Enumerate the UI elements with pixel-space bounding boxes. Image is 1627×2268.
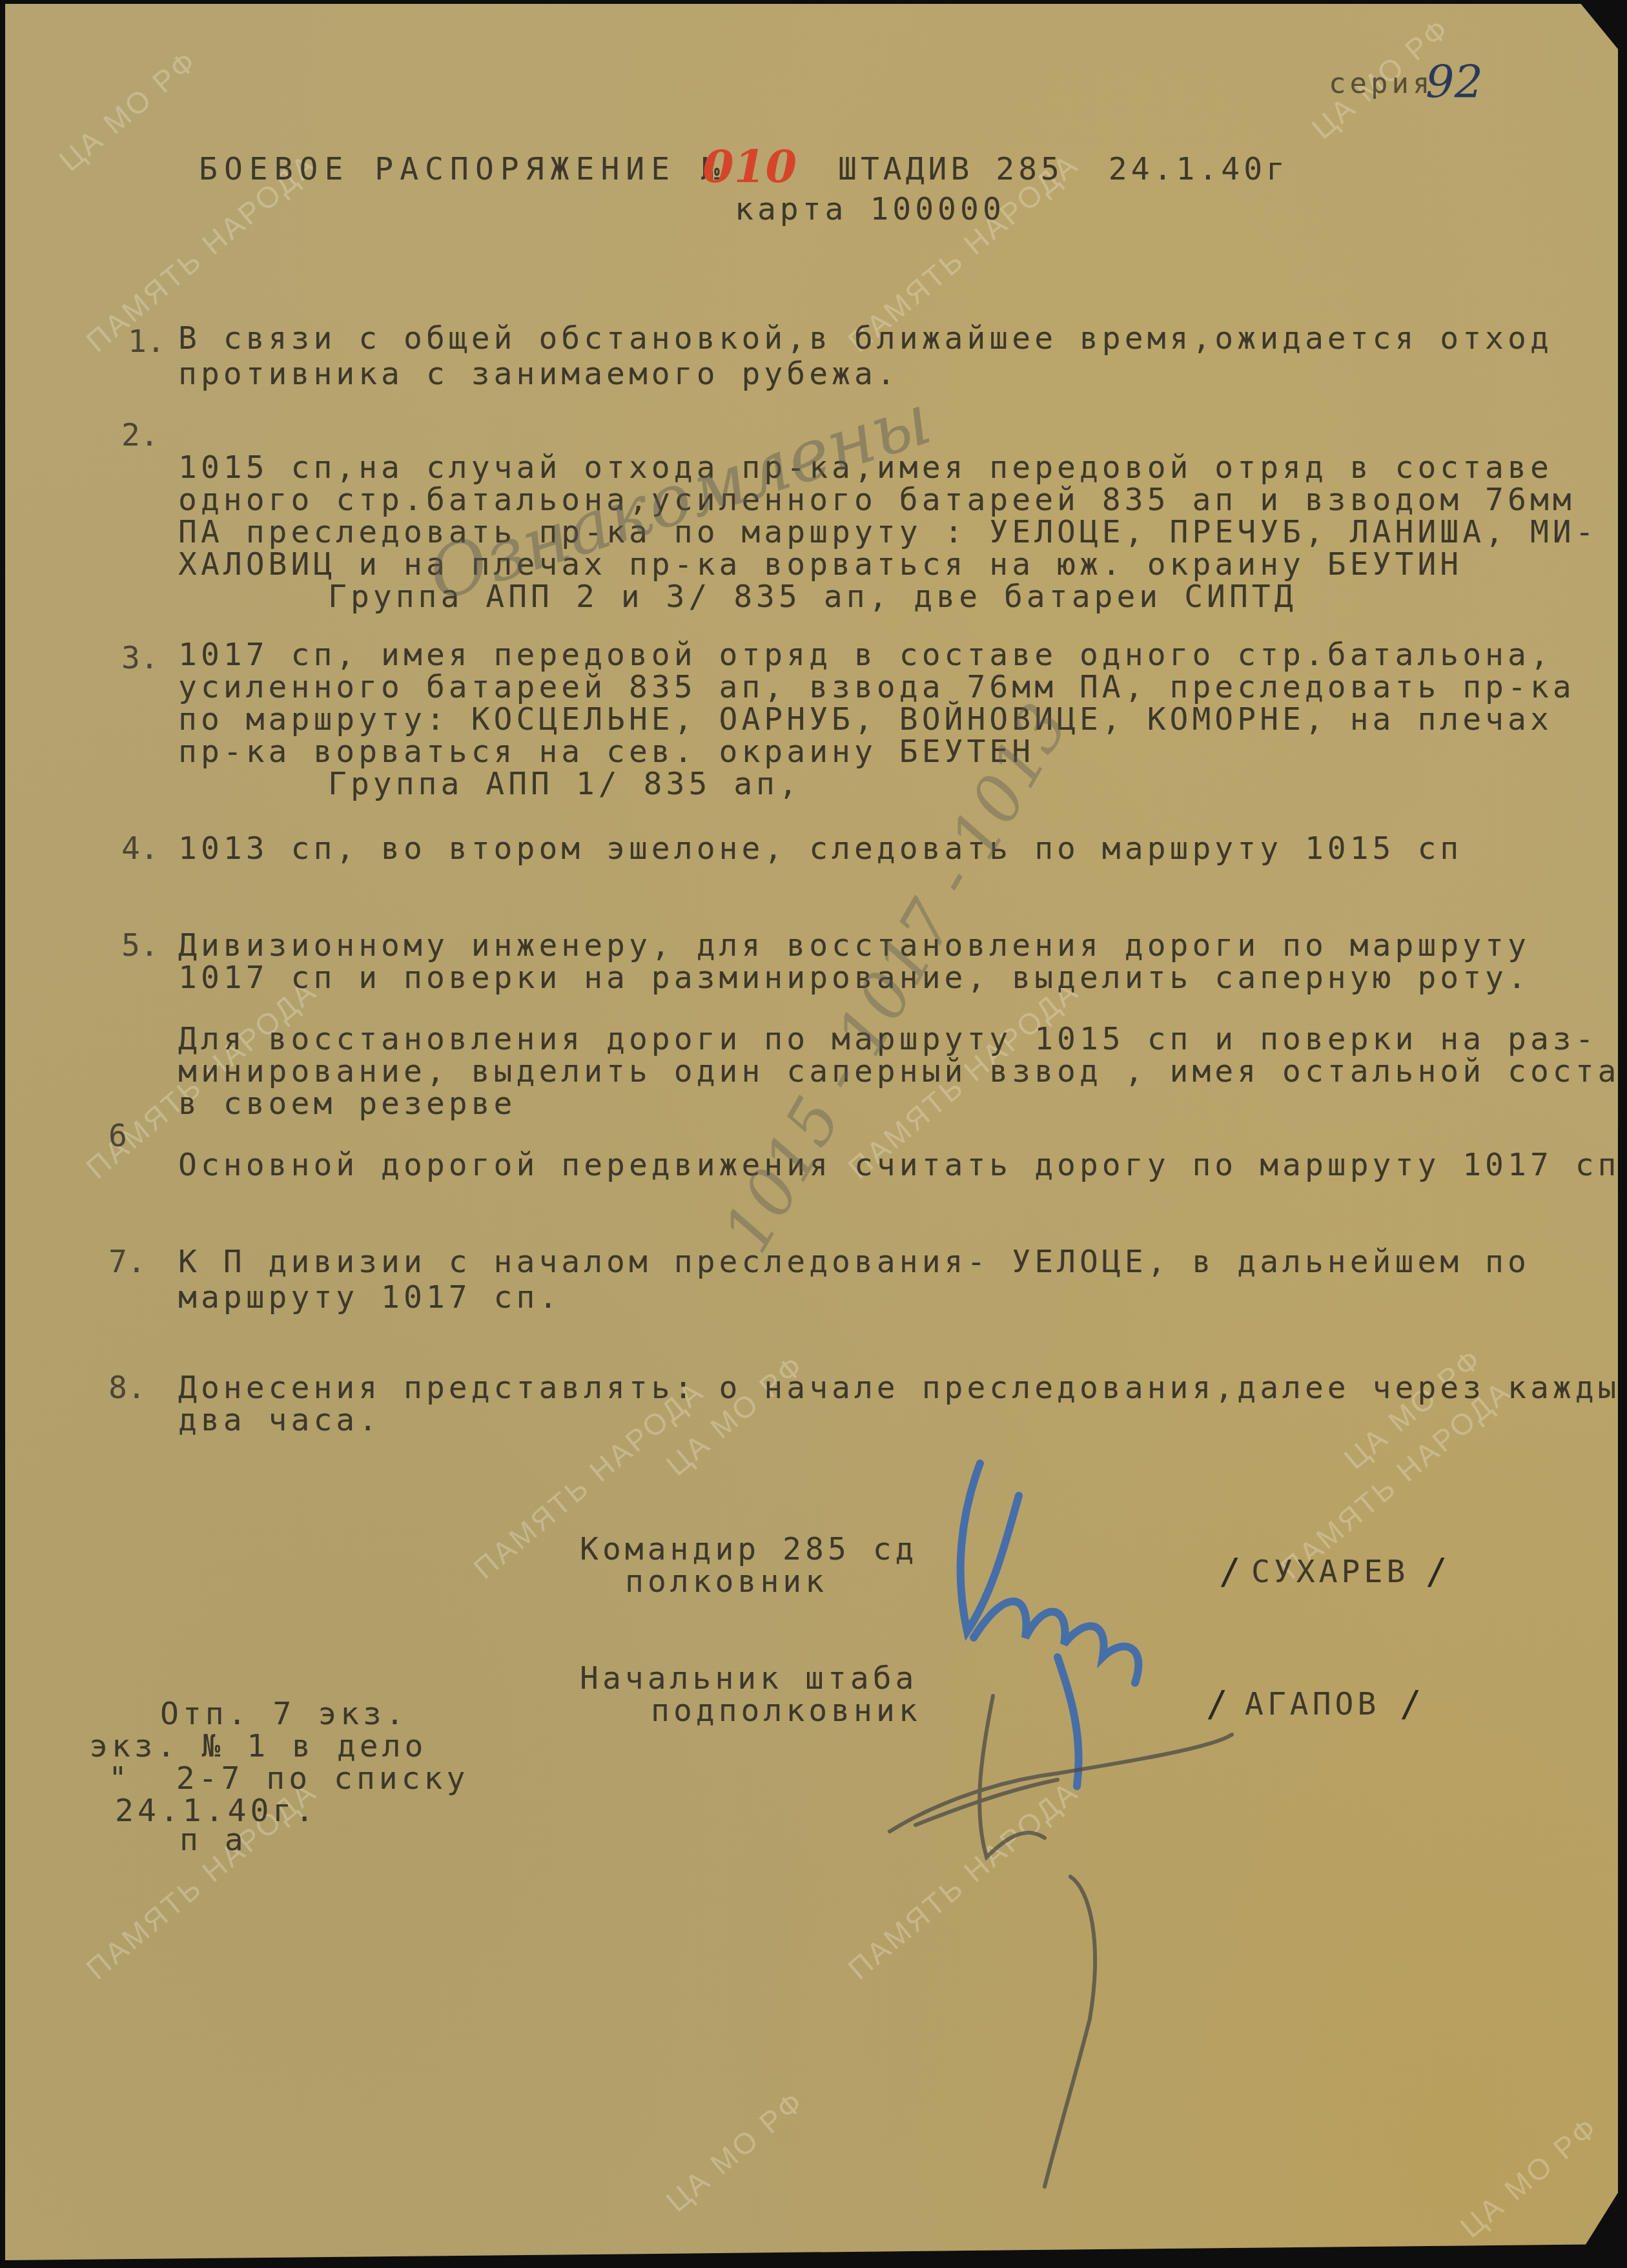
paragraph-1-line: В связи с общей обстановкой,в ближайшее … <box>178 320 1553 356</box>
watermark: ЦА МО РФ <box>1454 2110 1604 2244</box>
paragraph-2-line: ПА преследовать пр-ка по маршруту : УЕЛО… <box>178 514 1598 550</box>
paragraph-8-line: Донесения представлять: о начале преслед… <box>178 1370 1627 1406</box>
watermark: ЦА МО РФ <box>53 44 203 178</box>
distribution-line: п а <box>179 1822 247 1858</box>
paragraph-8-line: два часа. <box>178 1402 381 1438</box>
distribution-line: " 2-7 по списку <box>108 1760 469 1797</box>
paragraph-5-line: в своем резерве <box>178 1086 516 1122</box>
paragraph-3-line: по маршруту: КОСЦЕЛЬНЕ, ОАРНУБ, ВОЙНОВИЦ… <box>178 701 1553 737</box>
paragraph-7-line: К П дивизии с началом преследования- УЕЛ… <box>178 1244 1530 1280</box>
paragraph-number: 3. <box>121 640 159 676</box>
signature-slash: / <box>1426 1551 1448 1593</box>
document-sheet: ПАМЯТЬ НАРОДА ПАМЯТЬ НАРОДА ЦА МО РФ ЦА … <box>5 4 1618 2260</box>
paragraph-4-line: 1013 сп, во втором эшелоне, следовать по… <box>178 830 1462 867</box>
paragraph-number: 7. <box>108 1244 146 1280</box>
paragraph-number: 6 <box>108 1118 127 1154</box>
paragraph-number: 1. <box>128 324 165 360</box>
order-number: 010 <box>702 139 797 193</box>
paragraph-5-line: минирование, выделить один саперный взво… <box>178 1053 1627 1089</box>
paragraph-6-line: Основной дорогой передвижения считать до… <box>178 1147 1621 1183</box>
series-number: 92 <box>1426 56 1483 108</box>
paragraph-number: 8. <box>108 1370 146 1406</box>
distribution-line: экз. № 1 в дело <box>89 1728 427 1764</box>
paragraph-number: 4. <box>121 830 159 867</box>
paragraph-2-line: ХАЛОВИЦ и на плечах пр-ка ворваться на ю… <box>178 546 1462 582</box>
paragraph-number: 5. <box>121 927 159 964</box>
paragraph-2-line: одного стр.батальона,усиленного батареей… <box>178 482 1575 518</box>
hq-info: ШТАДИВ 285 24.1.40г <box>838 151 1289 187</box>
paragraph-3-line: усиленного батареей 835 ап, взвода 76мм … <box>178 669 1575 705</box>
paragraph-number: 2. <box>121 417 159 453</box>
paragraph-7-line: маршруту 1017 сп. <box>178 1279 561 1315</box>
paragraph-3-line: Группа АПП 1/ 835 ап, <box>328 766 801 802</box>
document-title: БОЕВОЕ РАСПОРЯЖЕНИЕ № <box>199 151 726 187</box>
watermark: ЦА МО РФ <box>660 2085 810 2218</box>
distribution-line: Отп. 7 экз. <box>160 1696 408 1732</box>
map-scale: карта 100000 <box>735 191 1005 227</box>
paragraph-3-line: пр-ка ворваться на сев. окраину БЕУТЕН <box>178 734 1034 770</box>
commander-rank: полковник <box>625 1563 828 1600</box>
graphite-signature <box>812 1618 1393 2200</box>
signature-slash: / <box>1400 1683 1422 1725</box>
paragraph-5-line: Дивизионному инженеру, для восстановлени… <box>178 927 1530 964</box>
series-label: серия <box>1329 67 1433 100</box>
paragraph-1-line: противника с занимаемого рубежа. <box>178 356 899 392</box>
paragraph-3-line: 1017 сп, имея передовой отряд в составе … <box>178 637 1553 673</box>
